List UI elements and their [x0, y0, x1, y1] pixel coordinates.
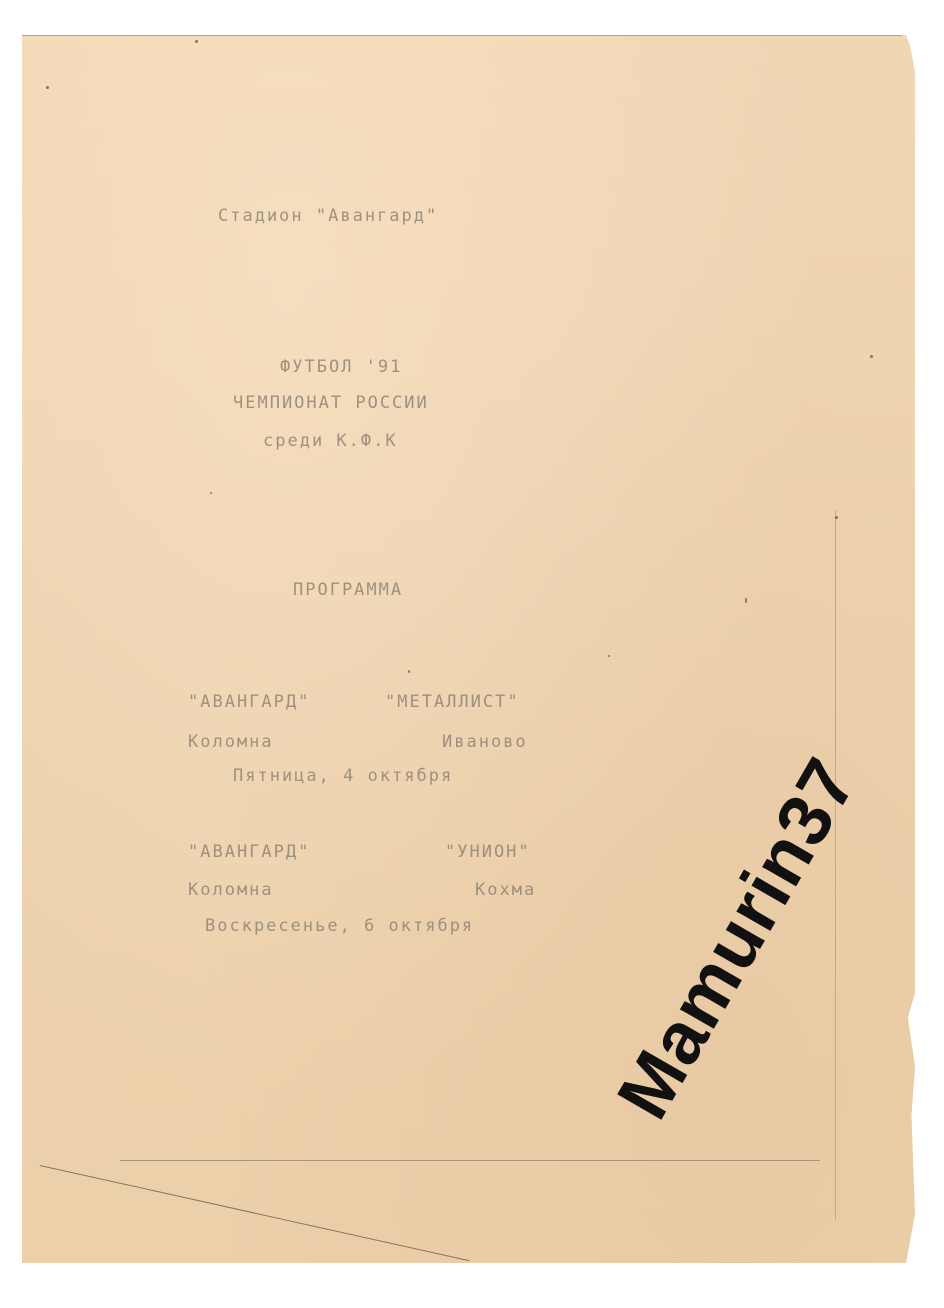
fold-line-vertical	[835, 510, 836, 1220]
paper-speck	[46, 86, 49, 89]
paper-speck	[195, 40, 198, 43]
paper-speck	[408, 670, 410, 673]
program-sheet	[22, 35, 915, 1263]
title-line-3: среди К.Ф.К	[263, 431, 398, 451]
fold-line-horizontal	[120, 1160, 820, 1161]
match-2-away-city: Кохма	[475, 880, 536, 900]
match-2-home-city: Коломна	[188, 880, 274, 900]
match-1-home-team: "АВАНГАРД"	[188, 692, 310, 712]
venue-line: Стадион "Авангард"	[218, 206, 438, 226]
paper-speck	[835, 516, 838, 519]
title-line-2: ЧЕМПИОНАТ РОССИИ	[233, 393, 429, 413]
match-2-away-team: "УНИОН"	[445, 842, 531, 862]
match-1-away-city: Иваново	[442, 732, 528, 752]
paper-speck	[608, 655, 610, 657]
title-line-1: ФУТБОЛ '91	[280, 357, 402, 377]
paper-edge	[22, 35, 902, 36]
match-1-date: Пятница, 4 октября	[233, 766, 453, 786]
section-heading: ПРОГРАММА	[293, 580, 403, 600]
paper-speck	[745, 598, 747, 603]
match-1-home-city: Коломна	[188, 732, 274, 752]
match-1-away-team: "МЕТАЛЛИСТ"	[385, 692, 520, 712]
match-2-date: Воскресенье, 6 октября	[205, 916, 474, 936]
paper-speck	[210, 492, 212, 494]
match-2-home-team: "АВАНГАРД"	[188, 842, 310, 862]
paper-speck	[870, 355, 873, 358]
